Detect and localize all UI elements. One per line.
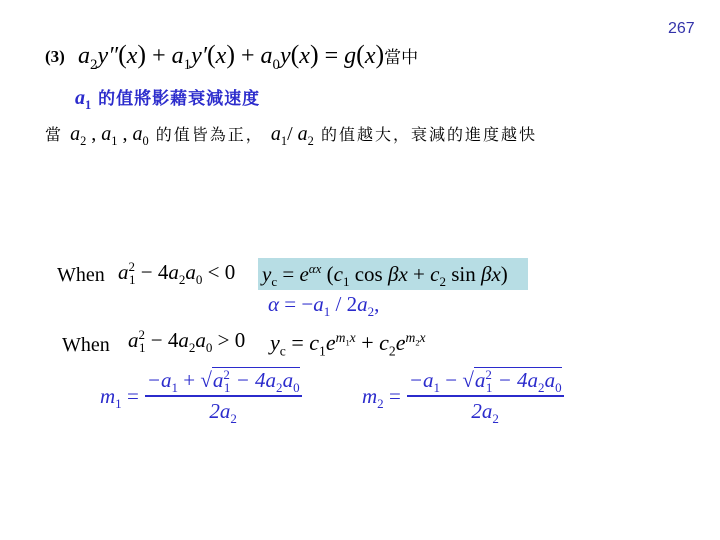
when-label-negative: When bbox=[57, 264, 105, 287]
real-root-solution: yc = c1em1x + c2em2x bbox=[270, 330, 426, 356]
root-m1-formula: m1 = −a1 + √a21 − 4a2a0 2a2 bbox=[100, 368, 302, 424]
positivity-condition: 當 a2 , a1 , a0 的值皆為正， a1/ a2 的值越大，衰減的進度越… bbox=[45, 122, 537, 146]
root-m2-formula: m2 = −a1 − √a21 − 4a2a0 2a2 bbox=[362, 368, 564, 424]
page-number: 267 bbox=[668, 20, 695, 38]
discriminant-positive: a21 − 4a2a0 > 0 bbox=[128, 328, 245, 353]
damping-note: a1 的值將影藉衰減速度 bbox=[75, 84, 260, 110]
sqrt-icon: √ bbox=[200, 368, 212, 392]
equation-suffix: 當中 bbox=[384, 48, 418, 68]
discriminant-negative: a21 − 4a2a0 < 0 bbox=[118, 260, 235, 285]
alpha-definition: α = −a1 / 2a2, bbox=[268, 292, 379, 317]
section-label: (3) bbox=[45, 47, 65, 67]
when-label-positive: When bbox=[62, 334, 110, 357]
sqrt-icon: √ bbox=[462, 368, 474, 392]
complex-root-solution: yc = eαx (c1 cos βx + c2 sin βx) bbox=[258, 258, 528, 290]
ode-equation: a2y″(x) + a1y′(x) + a0y(x) = g(x)當中 bbox=[78, 40, 418, 70]
